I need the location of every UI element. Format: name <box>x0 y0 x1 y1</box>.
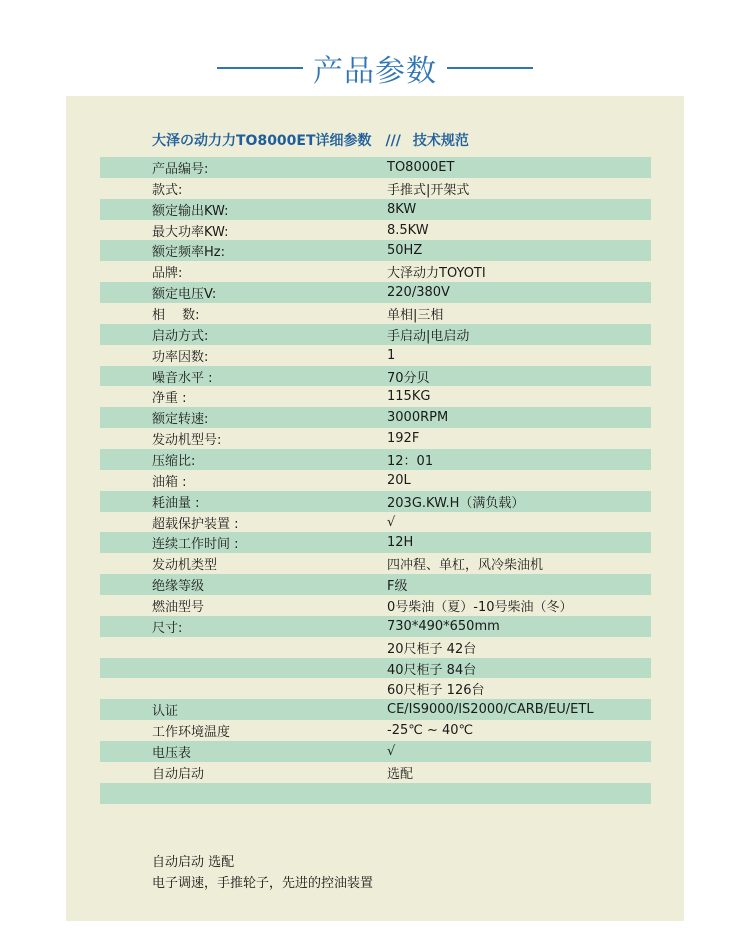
spec-row: 功率因数:1 <box>100 345 651 366</box>
spec-row: 20尺柜子 42台 <box>100 637 651 658</box>
spec-label: 品牌: <box>152 262 182 281</box>
spec-value: 20尺柜子 42台 <box>387 638 476 657</box>
spec-value: √ <box>387 744 395 759</box>
spec-value: -25℃ ~ 40℃ <box>387 723 473 738</box>
spec-label: 启动方式: <box>152 325 208 344</box>
panel-heading: 大泽の动力力TO8000ET详细参数///技术规范 <box>152 130 469 150</box>
spec-label: 净重 : <box>152 387 187 406</box>
spec-label: 工作环境温度 <box>152 721 230 740</box>
spec-value: 20L <box>387 473 411 488</box>
spec-row <box>100 783 651 804</box>
spec-row: 噪音水平 :70分贝 <box>100 366 651 387</box>
spec-row: 发动机型号:192F <box>100 428 651 449</box>
spec-label: 发动机型号: <box>152 429 221 448</box>
spec-value: F级 <box>387 575 407 594</box>
spec-value: TO8000ET <box>387 160 454 175</box>
spec-value: 70分贝 <box>387 367 430 386</box>
spec-label: 额定输出KW: <box>152 200 229 219</box>
spec-value: 220/380V <box>387 285 450 300</box>
spec-label: 额定转速: <box>152 408 208 427</box>
spec-value: CE/IS9000/IS2000/CARB/EU/ETL <box>387 702 594 717</box>
spec-value: 203G.KW.H（满负载） <box>387 492 524 511</box>
section-title: 产品参数 <box>0 44 750 92</box>
spec-value: 单相|三相 <box>387 304 443 323</box>
heading-sub: 技术规范 <box>413 133 469 149</box>
note-line: 电子调速，手推轮子，先进的控油装置 <box>152 873 373 894</box>
note-line: 自动启动 选配 <box>152 852 373 873</box>
spec-row: 相 数:单相|三相 <box>100 303 651 324</box>
spec-value: 192F <box>387 431 419 446</box>
spec-label: 电压表 <box>152 742 191 761</box>
spec-value: 730*490*650mm <box>387 619 500 634</box>
spec-row: 产品编号:TO8000ET <box>100 157 651 178</box>
spec-value: 12H <box>387 535 413 550</box>
spec-row: 认证CE/IS9000/IS2000/CARB/EU/ETL <box>100 699 651 720</box>
spec-value: 3000RPM <box>387 410 448 425</box>
spec-table: 产品编号:TO8000ET款式:手推式|开架式额定输出KW:8KW最大功率KW:… <box>100 157 651 804</box>
spec-value: 手启动|电启动 <box>387 325 469 344</box>
title-rule-right <box>447 67 533 69</box>
spec-label: 自动启动 <box>152 763 204 782</box>
spec-row: 自动启动选配 <box>100 762 651 783</box>
spec-row: 连续工作时间 :12H <box>100 532 651 553</box>
spec-row: 额定电压V:220/380V <box>100 282 651 303</box>
spec-row: 尺寸:730*490*650mm <box>100 616 651 637</box>
spec-row: 40尺柜子 84台 <box>100 658 651 679</box>
spec-value: 大泽动力TOYOTI <box>387 262 486 281</box>
spec-value: √ <box>387 515 395 530</box>
spec-label: 尺寸: <box>152 617 182 636</box>
spec-value: 1 <box>387 348 395 363</box>
spec-label: 产品编号: <box>152 158 208 177</box>
spec-value: 8KW <box>387 202 416 217</box>
spec-value: 手推式|开架式 <box>387 179 469 198</box>
spec-panel: 大泽の动力力TO8000ET详细参数///技术规范 产品编号:TO8000ET款… <box>66 96 684 921</box>
spec-label: 压缩比: <box>152 450 195 469</box>
spec-label: 耗油量 : <box>152 492 200 511</box>
spec-row: 耗油量 :203G.KW.H（满负载） <box>100 491 651 512</box>
spec-label: 超载保护装置 : <box>152 513 239 532</box>
spec-row: 压缩比:12：01 <box>100 449 651 470</box>
spec-value: 四冲程、单杠，风冷柴油机 <box>387 554 543 573</box>
spec-row: 款式:手推式|开架式 <box>100 178 651 199</box>
spec-row: 电压表√ <box>100 741 651 762</box>
heading-main: 大泽の动力力TO8000ET详细参数 <box>152 133 372 149</box>
spec-value: 0号柴油（夏）-10号柴油（冬） <box>387 596 573 615</box>
spec-value: 115KG <box>387 389 430 404</box>
spec-label: 噪音水平 : <box>152 367 213 386</box>
spec-label: 燃油型号 <box>152 596 204 615</box>
spec-row: 油箱 :20L <box>100 470 651 491</box>
spec-label: 最大功率KW: <box>152 221 229 240</box>
spec-label: 额定电压V: <box>152 283 216 302</box>
spec-label: 认证 <box>152 700 178 719</box>
spec-label: 发动机类型 <box>152 554 217 573</box>
spec-row: 工作环境温度 -25℃ ~ 40℃ <box>100 720 651 741</box>
spec-label: 绝缘等级 <box>152 575 204 594</box>
spec-value: 8.5KW <box>387 223 429 238</box>
spec-row: 发动机类型四冲程、单杠，风冷柴油机 <box>100 553 651 574</box>
spec-row: 最大功率KW:8.5KW <box>100 220 651 241</box>
spec-value: 50HZ <box>387 243 422 258</box>
spec-label: 连续工作时间 : <box>152 533 239 552</box>
title-rule-left <box>217 67 303 69</box>
spec-value: 60尺柜子 126台 <box>387 679 485 698</box>
notes: 自动启动 选配 电子调速，手推轮子，先进的控油装置 <box>152 852 373 894</box>
spec-label: 油箱 : <box>152 471 187 490</box>
spec-row: 额定转速:3000RPM <box>100 407 651 428</box>
spec-row: 绝缘等级F级 <box>100 574 651 595</box>
heading-separator: /// <box>386 133 401 149</box>
spec-label: 功率因数: <box>152 346 208 365</box>
spec-row: 启动方式:手启动|电启动 <box>100 324 651 345</box>
spec-row: 燃油型号0号柴油（夏）-10号柴油（冬） <box>100 595 651 616</box>
spec-value: 40尺柜子 84台 <box>387 659 476 678</box>
spec-value: 12：01 <box>387 450 433 469</box>
spec-row: 额定输出KW:8KW <box>100 199 651 220</box>
spec-label: 相 数: <box>152 304 200 323</box>
spec-label: 额定频率Hz: <box>152 241 225 260</box>
spec-row: 额定频率Hz:50HZ <box>100 240 651 261</box>
spec-row: 60尺柜子 126台 <box>100 678 651 699</box>
spec-label: 款式: <box>152 179 182 198</box>
spec-row: 净重 :115KG <box>100 386 651 407</box>
spec-row: 超载保护装置 :√ <box>100 512 651 533</box>
page-title: 产品参数 <box>313 46 437 90</box>
spec-value: 选配 <box>387 763 413 782</box>
spec-row: 品牌:大泽动力TOYOTI <box>100 261 651 282</box>
